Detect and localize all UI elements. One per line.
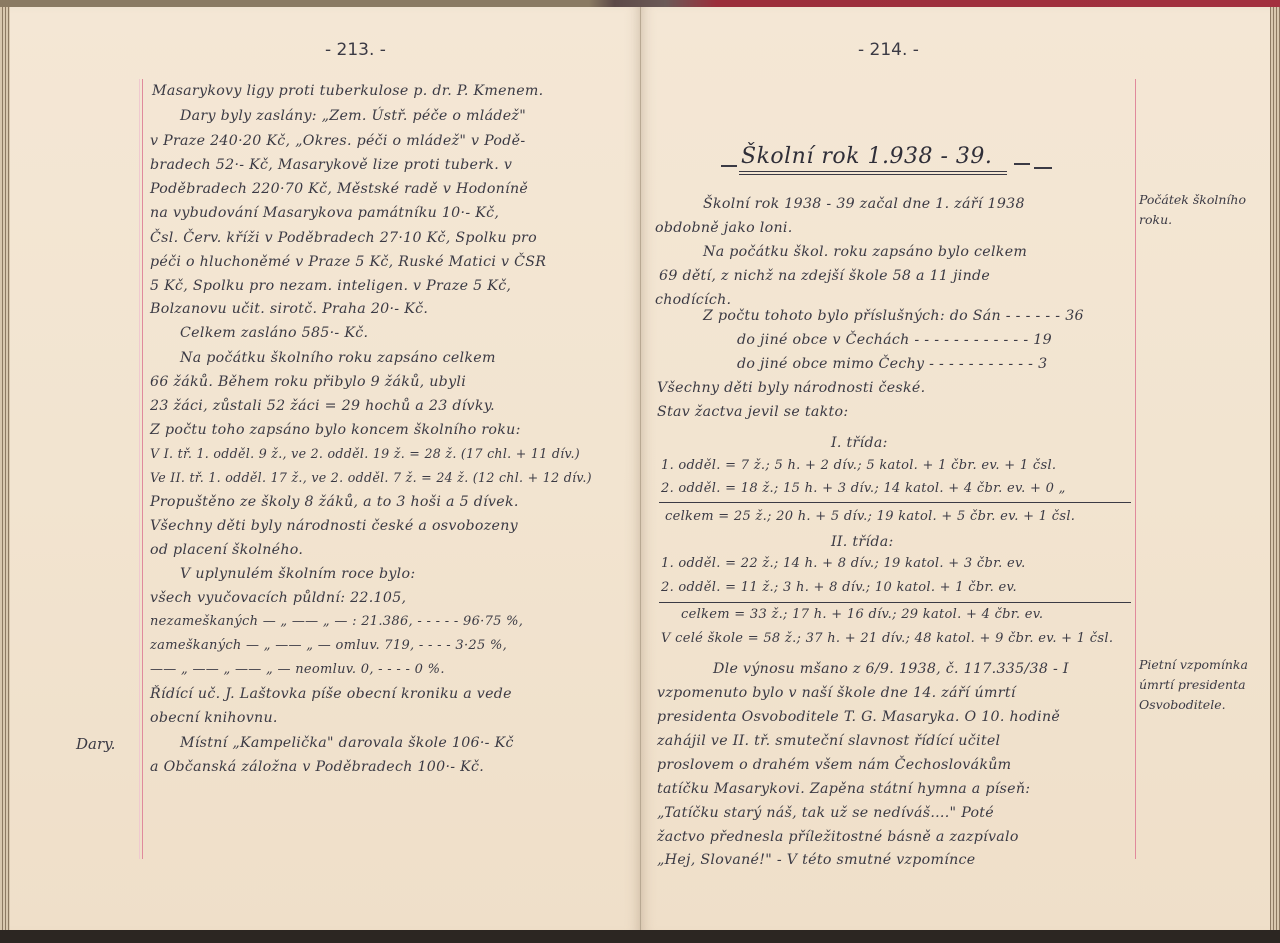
margin-note-line: úmrtí presidenta bbox=[1139, 675, 1248, 695]
text-line: na vybudování Masarykova památníku 10·- … bbox=[150, 205, 499, 221]
text-line: Ve II. tř. 1. odděl. 17 ž., ve 2. odděl.… bbox=[150, 470, 592, 485]
text-line: nezameškaných — „ —— „ — : 21.386, - - -… bbox=[150, 614, 523, 629]
text-line: obdobně jako loni. bbox=[655, 220, 793, 236]
text-line: presidenta Osvoboditele T. G. Masaryka. … bbox=[657, 709, 1060, 725]
text-line: bradech 52·- Kč, Masarykově lize proti t… bbox=[150, 157, 512, 173]
text-line: Všechny děti byly národnosti české. bbox=[657, 380, 925, 396]
text-line: do jiné obce v Čechách - - - - - - - - -… bbox=[737, 332, 1052, 348]
heading-dash-right-2 bbox=[1034, 167, 1052, 169]
left-page-stack-edge bbox=[0, 7, 10, 932]
class-two-row: 1. odděl. = 22 ž.; 14 h. + 8 dív.; 19 ka… bbox=[661, 556, 1026, 571]
margin-note-line: Osvoboditele. bbox=[1139, 695, 1248, 715]
text-line: 66 žáků. Během roku přibylo 9 žáků, ubyl… bbox=[150, 374, 466, 390]
margin-note-line: Pietní vzpomínka bbox=[1139, 655, 1248, 675]
text-line: Dary byly zaslány: „Zem. Ústř. péče o ml… bbox=[180, 108, 526, 124]
heading-underline-second bbox=[739, 174, 1007, 175]
text-line: zahájil ve II. tř. smuteční slavnost říd… bbox=[657, 733, 1000, 749]
text-line: v Praze 240·20 Kč, „Okres. péči o mládež… bbox=[150, 133, 525, 149]
text-line: tatíčku Masarykovi. Zapěna státní hymna … bbox=[657, 781, 1030, 797]
margin-note-dary: Dary. bbox=[76, 734, 115, 754]
text-line: zameškaných — „ —— „ — omluv. 719, - - -… bbox=[150, 638, 507, 653]
text-line: Místní „Kampelička" darovala škole 106·-… bbox=[180, 735, 514, 751]
text-line: Z počtu tohoto bylo příslušných: do Sán … bbox=[703, 308, 1084, 324]
text-line: V uplynulém školním roce bylo: bbox=[180, 566, 415, 582]
class-one-title: I. třída: bbox=[831, 435, 888, 451]
open-chronicle-book: - 213. - Masarykovy ligy proti tuberkulo… bbox=[0, 0, 1280, 943]
margin-note-school-year-start: Počátek školního roku. bbox=[1139, 190, 1246, 230]
right-page-margin-line bbox=[1135, 79, 1136, 859]
class-one-total-rule bbox=[659, 502, 1131, 503]
text-line: 23 žáci, zůstali 52 žáci = 29 hochů a 23… bbox=[150, 398, 495, 414]
text-line: proslovem o drahém všem nám Čechoslováků… bbox=[657, 757, 1011, 773]
text-line: —— „ —— „ —— „ — neomluv. 0, - - - - 0 %… bbox=[150, 662, 445, 677]
text-line: Všechny děti byly národnosti české a osv… bbox=[150, 518, 518, 534]
class-one-total: celkem = 25 ž.; 20 h. + 5 dív.; 19 katol… bbox=[665, 509, 1075, 524]
heading-dash-left bbox=[721, 165, 737, 167]
text-line: Dle výnosu mšano z 6/9. 1938, č. 117.335… bbox=[713, 661, 1069, 677]
left-page-margin-line bbox=[142, 79, 143, 859]
right-page-stack-edge bbox=[1270, 7, 1280, 932]
text-line: a Občanská záložna v Poděbradech 100·- K… bbox=[150, 759, 484, 775]
class-one-row: 1. odděl. = 7 ž.; 5 h. + 2 dív.; 5 katol… bbox=[661, 458, 1056, 473]
margin-note-memorial: Pietní vzpomínka úmrtí presidenta Osvobo… bbox=[1139, 655, 1248, 715]
text-line: „Tatíčku starý náš, tak už se nedíváš...… bbox=[657, 805, 994, 821]
class-one-row: 2. odděl. = 18 ž.; 15 h. + 3 dív.; 14 ka… bbox=[661, 481, 1066, 496]
text-line: Školní rok 1938 - 39 začal dne 1. září 1… bbox=[703, 196, 1025, 212]
text-line: Čsl. Červ. kříži v Poděbradech 27·10 Kč,… bbox=[150, 230, 537, 246]
text-line: Na počátku školního roku zapsáno celkem bbox=[180, 350, 496, 366]
page-number: - 214. - bbox=[858, 40, 919, 60]
text-line: péči o hluchoněmé v Praze 5 Kč, Ruské Ma… bbox=[150, 254, 546, 270]
heading-underline bbox=[739, 171, 1007, 172]
text-line: Stav žactva jevil se takto: bbox=[657, 404, 848, 420]
margin-note-line: roku. bbox=[1139, 210, 1246, 230]
section-heading: Školní rok 1.938 - 39. bbox=[741, 144, 992, 169]
text-line: „Hej, Slované!" - V této smutné vzpomínc… bbox=[657, 852, 976, 868]
text-line: Z počtu toho zapsáno bylo koncem školníh… bbox=[150, 422, 521, 438]
text-line: Řídící uč. J. Laštovka píše obecní kroni… bbox=[150, 686, 512, 702]
right-page: - 214. - Školní rok 1.938 - 39. Školní r… bbox=[641, 7, 1280, 932]
text-line: do jiné obce mimo Čechy - - - - - - - - … bbox=[737, 356, 1047, 372]
text-line: obecní knihovnu. bbox=[150, 710, 278, 726]
class-two-total-rule bbox=[659, 602, 1131, 603]
text-line: 5 Kč, Spolku pro nezam. inteligen. v Pra… bbox=[150, 278, 511, 294]
text-line: od placení školného. bbox=[150, 542, 303, 558]
whole-school-total: V celé škole = 58 ž.; 37 h. + 21 dív.; 4… bbox=[661, 631, 1113, 646]
text-line: Poděbradech 220·70 Kč, Městské radě v Ho… bbox=[150, 181, 528, 197]
text-line: Na počátku škol. roku zapsáno bylo celke… bbox=[703, 244, 1027, 260]
class-two-title: II. třída: bbox=[831, 534, 894, 550]
text-line: 69 dětí, z nichž na zdejší škole 58 a 11… bbox=[659, 268, 990, 284]
text-line: chodících. bbox=[655, 292, 731, 308]
class-two-row: 2. odděl. = 11 ž.; 3 h. + 8 dív.; 10 kat… bbox=[661, 580, 1017, 595]
text-line: Propuštěno ze školy 8 žáků, a to 3 hoši … bbox=[150, 494, 519, 510]
text-line: Bolzanovu učit. sirotč. Praha 20·- Kč. bbox=[150, 301, 428, 317]
text-line: žactvo přednesla příležitostné básně a z… bbox=[657, 829, 1019, 845]
page-number: - 213. - bbox=[325, 40, 386, 60]
margin-note-line: Počátek školního bbox=[1139, 190, 1246, 210]
class-two-total: celkem = 33 ž.; 17 h. + 16 dív.; 29 kato… bbox=[681, 607, 1043, 622]
left-page: - 213. - Masarykovy ligy proti tuberkulo… bbox=[0, 7, 641, 932]
heading-dash-right bbox=[1014, 163, 1030, 165]
text-line: Masarykovy ligy proti tuberkulose p. dr.… bbox=[152, 83, 544, 99]
text-line: Celkem zasláno 585·- Kč. bbox=[180, 325, 368, 341]
book-bottom-shadow bbox=[0, 930, 1280, 943]
text-line: vzpomenuto bylo v naší škole dne 14. zář… bbox=[657, 685, 1016, 701]
text-line: všech vyučovacích půldní: 22.105, bbox=[150, 590, 406, 606]
text-line: V I. tř. 1. odděl. 9 ž., ve 2. odděl. 19… bbox=[150, 446, 580, 461]
